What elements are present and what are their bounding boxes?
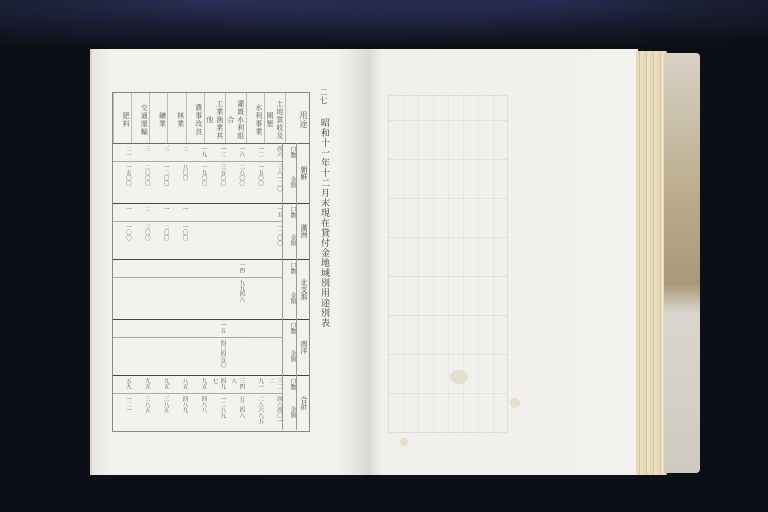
column-header: 水利事業 <box>246 93 264 143</box>
cell: 一三 <box>207 143 226 161</box>
amount-row: 四八四〇一 二八六八五 五二四八 一二八九 四八八 四八九 三八五 三八五 一二… <box>113 393 283 430</box>
cell: 三 <box>132 143 151 161</box>
cell: 三 <box>151 143 170 161</box>
cell <box>189 221 208 259</box>
cell: 二〇〇 <box>151 221 170 259</box>
cell: 三八五 <box>151 393 170 430</box>
cell <box>170 277 189 319</box>
column-header: 農事改良 <box>186 93 204 143</box>
cell: 三五〇〇 <box>207 161 226 203</box>
cell: 一二 <box>245 143 264 161</box>
cell: 一 <box>170 203 189 221</box>
cell <box>113 319 132 337</box>
cell: 四八四〇一 <box>264 393 283 430</box>
cell: 一五 <box>264 203 283 221</box>
count-row: 一五 一 一 二 一 <box>113 203 283 221</box>
cell: 九五 <box>151 375 170 393</box>
cell: 九九四八 <box>226 277 245 319</box>
cell <box>189 259 208 277</box>
cell <box>264 319 283 337</box>
cell: 二 <box>170 143 189 161</box>
cell: 五二四八 <box>226 393 245 430</box>
cell <box>113 259 132 277</box>
cell <box>189 277 208 319</box>
sub-label: 金額 <box>282 161 297 203</box>
cell <box>264 259 283 277</box>
cell: 四八九 <box>170 393 189 430</box>
column-header: 肥料 <box>113 93 131 143</box>
cell: 一〇〇 <box>170 221 189 259</box>
column-header: 工業漁業其他 <box>204 93 225 143</box>
sub-label: 口數 <box>282 203 297 221</box>
paper-stain <box>450 370 468 384</box>
paper-stain <box>400 438 408 446</box>
cell: 二 <box>132 203 151 221</box>
count-row: 四六 一二 一六 一三 一九 二 三 三 二一 <box>113 143 283 161</box>
section-label: 南洋 <box>296 319 309 375</box>
cell: 一二〇〇 <box>264 221 283 259</box>
cell: 四六 <box>264 143 283 161</box>
cell <box>245 221 264 259</box>
paper-stain <box>510 398 520 408</box>
cell <box>132 319 151 337</box>
section-label: 朝鮮 <box>296 143 309 203</box>
cell: 三二二 <box>264 375 283 393</box>
cell: 二八〇〇 <box>226 161 245 203</box>
amount-row: 三八一二〇 一五〇〇 二八〇〇 三五〇〇 一九〇〇 八〇〇 一二〇〇 二〇〇〇 … <box>113 161 283 203</box>
column-header: 土地買收及開墾 <box>264 93 285 143</box>
cell: 三八一二〇 <box>264 161 283 203</box>
cell <box>151 259 170 277</box>
cell: 一〇〇 <box>113 221 132 259</box>
page-edges <box>636 51 667 475</box>
cell: 三〇〇 <box>132 221 151 259</box>
table-section: 南洋 口數 金額 一五 四〇四五〇 <box>113 319 309 376</box>
section-label: 合計 <box>296 375 309 430</box>
cell: 四九七 <box>207 375 226 393</box>
loan-table: 用途 土地買收及開墾 水利事業 灌漑水利組合 工業漁業其他 農事改良 林業 鑛業… <box>112 92 310 432</box>
cell: 一 <box>151 203 170 221</box>
cell <box>226 203 245 221</box>
cell <box>151 277 170 319</box>
sub-label: 金額 <box>282 393 297 430</box>
cell <box>132 277 151 319</box>
cell <box>113 337 132 375</box>
page-number: 二七 <box>318 88 329 104</box>
cell: 三八五 <box>132 393 151 430</box>
cell: 一五 <box>207 319 226 337</box>
corner-header: 用途 <box>285 93 309 143</box>
cell <box>132 337 151 375</box>
cell: 一二一 <box>113 393 132 430</box>
cell <box>226 337 245 375</box>
table-section: 滿洲 口數 金額 一五 一 一 二 一 一二〇〇 一〇〇 二〇〇 三〇〇 一〇〇 <box>113 203 309 260</box>
cell <box>245 277 264 319</box>
cell: 一六 <box>226 143 245 161</box>
column-headers: 用途 土地買收及開墾 水利事業 灌漑水利組合 工業漁業其他 農事改良 林業 鑛業… <box>113 93 309 144</box>
cell: 三四八 <box>226 375 245 393</box>
cell: 四〇四五〇 <box>207 337 226 375</box>
cell: 一五〇〇 <box>113 161 132 203</box>
cell <box>245 203 264 221</box>
cell <box>245 337 264 375</box>
cell <box>207 277 226 319</box>
cell <box>226 319 245 337</box>
sub-label: 金額 <box>282 277 297 319</box>
cell: 二一 <box>113 143 132 161</box>
cell: 一九 <box>189 143 208 161</box>
cell <box>189 319 208 337</box>
sub-label: 口數 <box>282 319 297 337</box>
cell <box>189 337 208 375</box>
count-row: 一四 <box>113 259 283 277</box>
cell <box>113 277 132 319</box>
cell <box>264 337 283 375</box>
cell: 一 <box>113 203 132 221</box>
cell <box>189 203 208 221</box>
book-cover-edge <box>664 53 700 473</box>
show-through-table <box>388 95 508 433</box>
cell <box>245 319 264 337</box>
table-section-total: 合計 口數 金額 三二二 九一 三四八 四九七 九五 八五 九五 九五 五九 四… <box>113 375 309 430</box>
cell <box>170 337 189 375</box>
column-header: 林業 <box>167 93 185 143</box>
section-label: 滿洲 <box>296 203 309 259</box>
cell: 九一 <box>245 375 264 393</box>
amount-row: 四〇四五〇 <box>113 337 283 375</box>
cell: 二八六八五 <box>245 393 264 430</box>
cell <box>264 277 283 319</box>
count-row: 一五 <box>113 319 283 337</box>
amount-row: 一二〇〇 一〇〇 二〇〇 三〇〇 一〇〇 <box>113 221 283 259</box>
cell: 五九 <box>113 375 132 393</box>
cell: 四八八 <box>189 393 208 430</box>
cell <box>226 221 245 259</box>
table-section: 北支那 口數 金額 一四 九九四八 <box>113 259 309 320</box>
column-header: 灌漑水利組合 <box>225 93 246 143</box>
cell: 一二八九 <box>207 393 226 430</box>
table-section: 朝鮮 口數 金額 四六 一二 一六 一三 一九 二 三 三 二一 三八一二〇 一… <box>113 143 309 204</box>
column-header: 鑛業 <box>149 93 167 143</box>
sub-label: 口數 <box>282 143 297 161</box>
cell: 二〇〇〇 <box>132 161 151 203</box>
cell: 八五 <box>170 375 189 393</box>
cell: 一二〇〇 <box>151 161 170 203</box>
sub-label: 金額 <box>282 337 297 375</box>
cell: 一四 <box>226 259 245 277</box>
table-title: 昭和十一年十二月末現在貸付金地域別用途別表 <box>318 118 331 328</box>
cell <box>170 259 189 277</box>
section-label: 北支那 <box>296 259 309 319</box>
cell: 一九〇〇 <box>189 161 208 203</box>
cell <box>151 319 170 337</box>
cell <box>207 259 226 277</box>
cell <box>207 221 226 259</box>
column-header: 交通運輸 <box>131 93 149 143</box>
cell: 九五 <box>132 375 151 393</box>
cell <box>207 203 226 221</box>
cell <box>132 259 151 277</box>
cell <box>245 259 264 277</box>
cell <box>151 337 170 375</box>
count-row: 三二二 九一 三四八 四九七 九五 八五 九五 九五 五九 <box>113 375 283 393</box>
amount-row: 九九四八 <box>113 277 283 319</box>
cell: 八〇〇 <box>170 161 189 203</box>
sub-label: 口數 <box>282 259 297 277</box>
cell <box>170 319 189 337</box>
cell: 九五 <box>189 375 208 393</box>
sub-label: 金額 <box>282 221 297 259</box>
cell: 一五〇〇 <box>245 161 264 203</box>
sub-label: 口數 <box>282 375 297 393</box>
